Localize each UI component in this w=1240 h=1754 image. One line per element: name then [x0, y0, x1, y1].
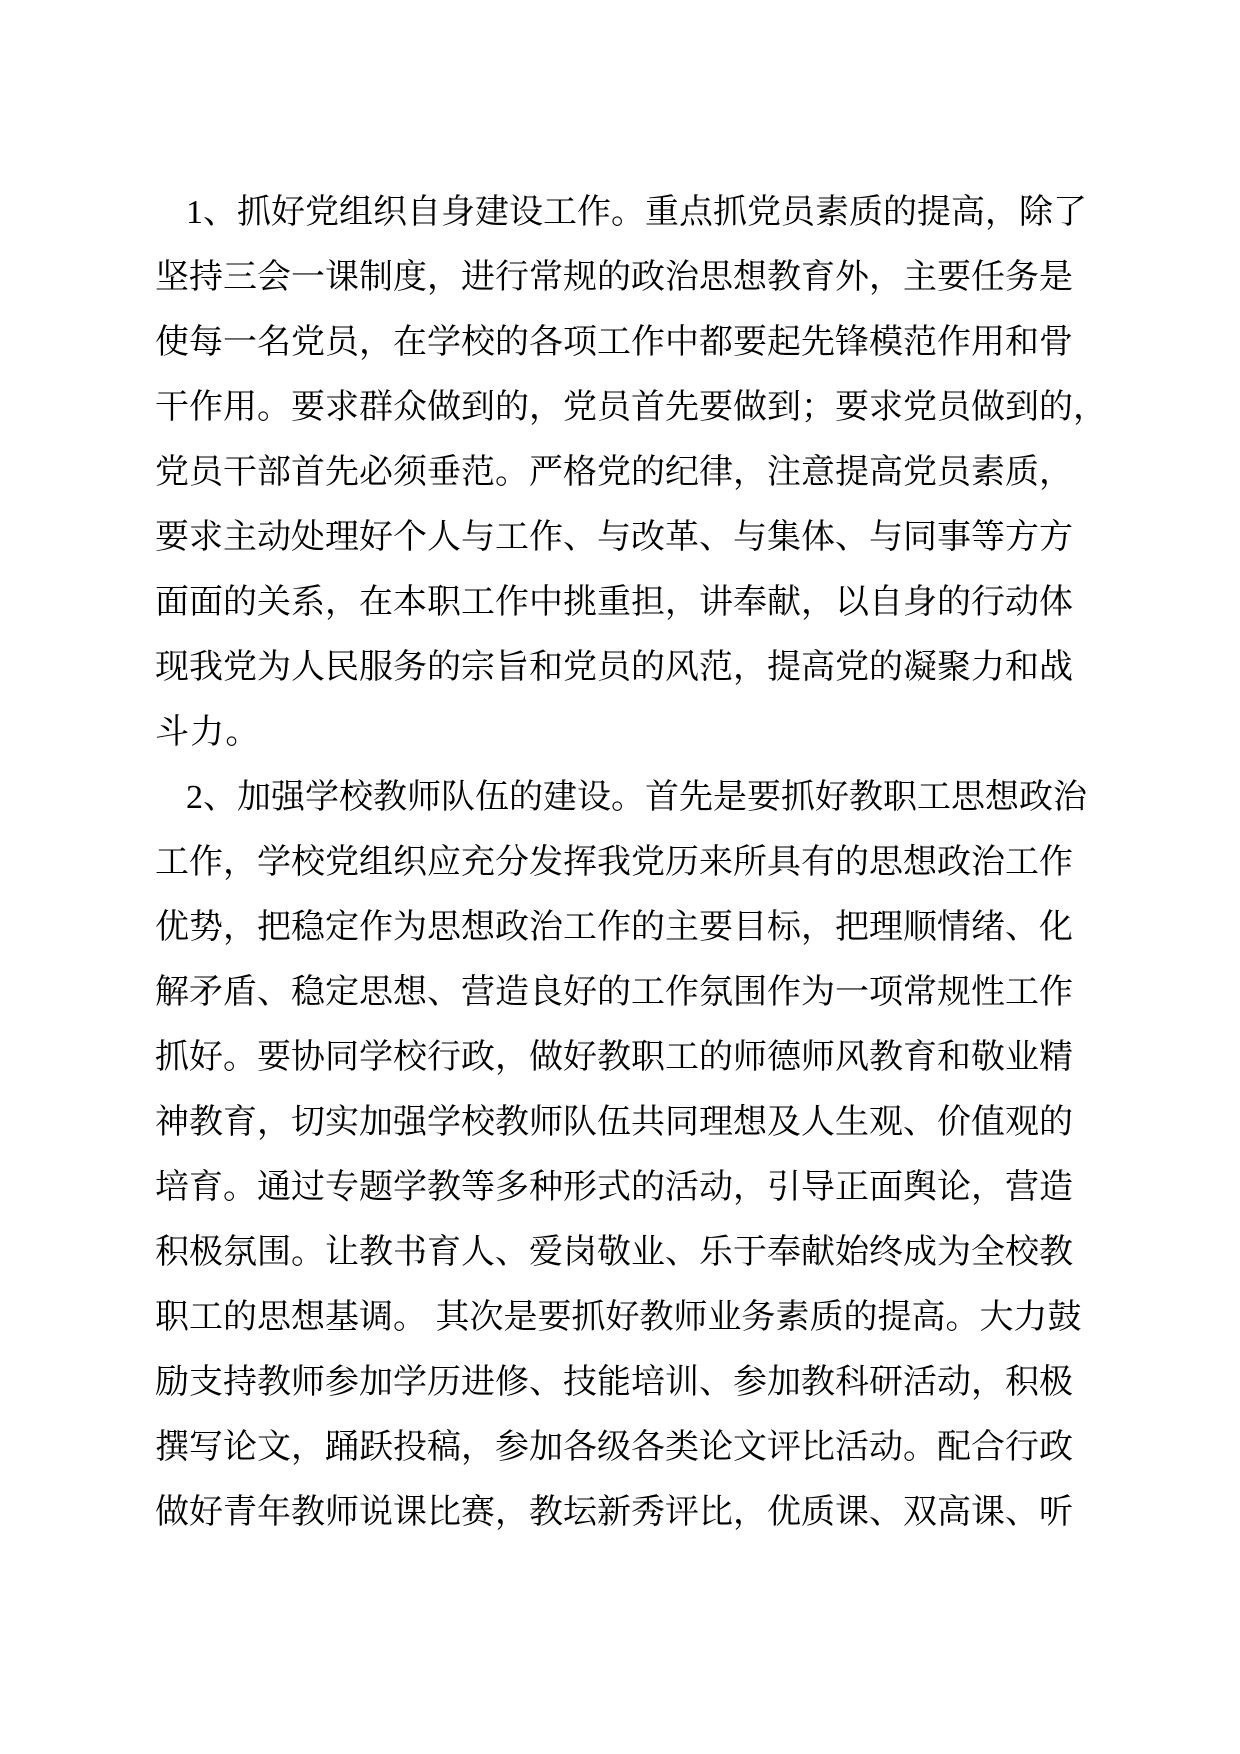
- text-character: 要: [291, 391, 325, 425]
- text-character: 参: [325, 1366, 359, 1400]
- text-character: 党: [325, 846, 359, 880]
- text-character: 科: [835, 1366, 869, 1400]
- text-character: 同: [903, 521, 937, 555]
- text-character: 定: [325, 911, 359, 945]
- text-character: ，: [971, 1171, 1005, 1205]
- text-character: 应: [427, 846, 461, 880]
- text-character: 课: [393, 1496, 427, 1530]
- text-character: 动: [1005, 586, 1039, 620]
- text-character: 教: [801, 1366, 835, 1400]
- text-character: 设: [509, 196, 543, 230]
- text-character: 须: [393, 456, 427, 490]
- text-line: 做好青年教师说课比赛，教坛新秀评比，优质课、双高课、听: [155, 1480, 1067, 1545]
- text-character: 活: [665, 1171, 699, 1205]
- text-character: 现: [155, 651, 189, 685]
- text-character: 神: [155, 1106, 189, 1140]
- text-character: 。: [393, 1301, 427, 1335]
- text-character: 舆: [903, 1171, 937, 1205]
- text-character: 党: [563, 651, 597, 685]
- text-character: 师: [325, 1496, 359, 1530]
- text-character: 持: [223, 1366, 257, 1400]
- text-character: 能: [597, 1366, 631, 1400]
- text-character: 作: [359, 911, 393, 945]
- text-character: 作: [767, 976, 801, 1010]
- text-character: 作: [665, 976, 699, 1010]
- text-character: 强: [393, 1106, 427, 1140]
- text-character: 来: [699, 846, 733, 880]
- text-character: 组: [339, 196, 373, 230]
- text-character: 校: [291, 846, 325, 880]
- text-character: 化: [1039, 911, 1073, 945]
- text-character: ，: [733, 1496, 767, 1530]
- text-character: 书: [393, 1236, 427, 1270]
- text-character: 的: [937, 586, 971, 620]
- text-character: 项: [563, 326, 597, 360]
- text-character: 围: [733, 976, 767, 1010]
- text-character: 势: [189, 911, 223, 945]
- text-character: 做: [155, 1496, 189, 1530]
- text-character: 抓: [237, 196, 271, 230]
- text-line: 解矛盾、稳定思想、营造良好的工作氛围作为一项常规性工作: [155, 960, 1067, 1025]
- text-character: 政: [631, 261, 665, 295]
- text-character: 作: [631, 326, 665, 360]
- text-character: 过: [291, 1171, 325, 1205]
- text-character: 教: [869, 1041, 903, 1075]
- text-character: 改: [631, 521, 665, 555]
- text-character: 分: [495, 846, 529, 880]
- text-line: 神教育，切实加强学校教师队伍共同理想及人生观、价值观的: [155, 1090, 1067, 1155]
- text-character: 度: [393, 261, 427, 295]
- text-character: 好: [189, 1496, 223, 1530]
- text-character: 终: [869, 1236, 903, 1270]
- text-character: 献: [801, 1236, 835, 1270]
- text-character: 、: [665, 1236, 699, 1270]
- text-character: 组: [359, 846, 393, 880]
- text-character: 始: [835, 1236, 869, 1270]
- text-character: 想: [733, 1106, 767, 1140]
- text-character: ，: [971, 1366, 1005, 1400]
- text-character: 双: [903, 1496, 937, 1530]
- text-character: 群: [359, 391, 393, 425]
- text-character: 质: [849, 196, 883, 230]
- text-character: 顺: [903, 911, 937, 945]
- text-character: 行: [495, 261, 529, 295]
- text-character: 氛: [699, 976, 733, 1010]
- text-character: 听: [1039, 1496, 1073, 1530]
- text-character: 的: [597, 261, 631, 295]
- text-character: 培: [631, 1366, 665, 1400]
- text-character: ，: [325, 586, 359, 620]
- text-character: 先: [665, 391, 699, 425]
- text-character: 与: [597, 521, 631, 555]
- text-character: 一: [291, 261, 325, 295]
- text-character: 有: [801, 846, 835, 880]
- text-character: 要: [257, 1041, 291, 1075]
- text-character: 求: [325, 391, 359, 425]
- text-character: 提: [767, 651, 801, 685]
- text-character: 挥: [563, 846, 597, 880]
- text-character: 质: [810, 1301, 844, 1335]
- text-character: 每: [189, 326, 223, 360]
- text-character: 作: [189, 391, 223, 425]
- text-character: 任: [971, 261, 1005, 295]
- text-character: 个: [393, 521, 427, 555]
- text-character: 参: [495, 1431, 529, 1465]
- text-line: 现我党为人民服务的宗旨和党员的风范，提高党的凝聚力和战: [155, 635, 1067, 700]
- text-character: 好: [606, 1301, 640, 1335]
- text-character: 的: [631, 456, 665, 490]
- text-character: 行: [427, 1041, 461, 1075]
- text-character: 好: [563, 976, 597, 1010]
- text-character: 到: [767, 391, 801, 425]
- text-character: 的: [835, 846, 869, 880]
- text-character: 比: [801, 1431, 835, 1465]
- text-character: 教: [1039, 1236, 1073, 1270]
- text-character: 加: [359, 1366, 393, 1400]
- text-character: 高: [937, 1496, 971, 1530]
- text-character: 抓: [572, 1301, 606, 1335]
- text-character: 抓: [713, 196, 747, 230]
- text-character: 凝: [903, 651, 937, 685]
- text-character: 调: [359, 1301, 393, 1335]
- text-character: 作: [937, 326, 971, 360]
- text-character: 务: [1005, 261, 1039, 295]
- text-character: 员: [781, 196, 815, 230]
- text-character: 极: [1039, 1366, 1073, 1400]
- text-character: 极: [189, 1236, 223, 1270]
- text-character: 织: [393, 846, 427, 880]
- text-character: 格: [563, 456, 597, 490]
- text-character: 课: [325, 261, 359, 295]
- text-character: 教: [767, 261, 801, 295]
- text-character: 锋: [835, 326, 869, 360]
- text-character: 首: [645, 781, 679, 815]
- text-character: 活: [903, 1366, 937, 1400]
- text-character: 治: [971, 846, 1005, 880]
- text-character: 及: [767, 1106, 801, 1140]
- text-character: 业: [1005, 1041, 1039, 1075]
- text-character: 引: [767, 1171, 801, 1205]
- text-character: 干: [155, 391, 189, 425]
- text-character: 、: [495, 1236, 529, 1270]
- text-character: 校: [339, 781, 373, 815]
- text-character: 工: [597, 326, 631, 360]
- document-body: 1、抓好党组织自身建设工作。重点抓党员素质的提高，除了坚持三会一课制度，进行常规…: [155, 180, 1067, 1545]
- text-character: 制: [359, 261, 393, 295]
- text-character: 。: [257, 391, 291, 425]
- text-character: 面: [189, 586, 223, 620]
- text-character: 党: [223, 651, 257, 685]
- text-character: 营: [1005, 1171, 1039, 1205]
- text-character: 起: [767, 326, 801, 360]
- text-character: 求: [189, 521, 223, 555]
- text-character: 素: [776, 1301, 810, 1335]
- text-character: 要: [835, 391, 869, 425]
- text-character: 、: [203, 781, 237, 815]
- text-character: 高: [951, 196, 985, 230]
- text-character: 作: [577, 196, 611, 230]
- text-character: 做: [529, 1041, 563, 1075]
- text-character: 等: [971, 521, 1005, 555]
- text-character: 、: [203, 196, 237, 230]
- text-character: 通: [257, 1171, 291, 1205]
- text-character: 要: [733, 326, 767, 360]
- text-character: 伍: [475, 781, 509, 815]
- text-character: 课: [971, 1496, 1005, 1530]
- text-character: 员: [597, 651, 631, 685]
- text-character: 作: [189, 846, 223, 880]
- text-character: 众: [393, 391, 427, 425]
- text-character: 教: [427, 1171, 461, 1205]
- text-character: 设: [577, 781, 611, 815]
- text-character: 要: [747, 781, 781, 815]
- text-character: 提: [917, 196, 951, 230]
- text-character: 稿: [427, 1431, 461, 1465]
- text-character: 校: [1005, 1236, 1039, 1270]
- text-character: 政: [461, 1041, 495, 1075]
- text-character: 使: [155, 326, 189, 360]
- text-character: 工: [563, 911, 597, 945]
- text-character: 党: [155, 456, 189, 490]
- text-character: 教: [849, 781, 883, 815]
- text-character: 常: [903, 976, 937, 1010]
- text-character: 、: [1005, 1496, 1039, 1530]
- text-character: 的: [883, 196, 917, 230]
- text-character: 建: [475, 196, 509, 230]
- text-character: 师: [529, 1106, 563, 1140]
- text-character: 情: [937, 911, 971, 945]
- text-character: 服: [359, 651, 393, 685]
- text-character: 、: [257, 976, 291, 1010]
- text-line: 优势，把稳定作为思想政治工作的主要目标，把理顺情绪、化: [155, 895, 1067, 960]
- text-character: 面: [869, 1171, 903, 1205]
- text-character: 加: [359, 1106, 393, 1140]
- text-character: 工: [631, 976, 665, 1010]
- text-character: 次: [470, 1301, 504, 1335]
- text-character: 学: [427, 326, 461, 360]
- text-character: 好: [563, 1041, 597, 1075]
- text-character: 除: [1019, 196, 1053, 230]
- text-line: 要求主动处理好个人与工作、与改革、与集体、与同事等方方: [155, 505, 1067, 570]
- text-line: 励支持教师参加学历进修、技能培训、参加教科研活动，积极: [155, 1350, 1067, 1415]
- text-character: 骨: [1039, 326, 1073, 360]
- text-character: 励: [155, 1366, 189, 1400]
- text-line: 斗力。: [155, 700, 1067, 765]
- text-character: 治: [665, 261, 699, 295]
- text-character: ，: [1039, 456, 1073, 490]
- text-character: 是: [504, 1301, 538, 1335]
- text-character: 党: [835, 651, 869, 685]
- text-character: ，: [869, 261, 903, 295]
- text-character: 力: [190, 716, 224, 750]
- text-character: 。: [223, 1041, 257, 1075]
- text-character: ，: [495, 1041, 529, 1075]
- text-character: 、: [699, 1366, 733, 1400]
- text-character: 革: [665, 521, 699, 555]
- text-character: 一: [223, 326, 257, 360]
- text-character: 提: [878, 1301, 912, 1335]
- text-character: 正: [835, 1171, 869, 1205]
- text-character: 抓: [781, 781, 815, 815]
- text-character: 理: [869, 911, 903, 945]
- text-character: 做: [733, 391, 767, 425]
- text-character: 教: [640, 1301, 674, 1335]
- text-character: 理: [699, 1106, 733, 1140]
- text-character: 价: [937, 1106, 971, 1140]
- text-character: 进: [461, 261, 495, 295]
- text-character: 要: [155, 521, 189, 555]
- text-character: 要: [538, 1301, 572, 1335]
- text-character: 撰: [155, 1431, 189, 1465]
- text-character: 要: [699, 391, 733, 425]
- text-character: 稳: [291, 976, 325, 1010]
- text-character: 在: [359, 586, 393, 620]
- text-line: 使每一名党员，在学校的各项工作中都要起先锋模范作用和骨: [155, 310, 1067, 375]
- text-character: 首: [631, 391, 665, 425]
- text-character: 以: [835, 586, 869, 620]
- text-character: 强: [271, 781, 305, 815]
- text-character: 观: [1005, 1106, 1039, 1140]
- text-character: 为: [801, 976, 835, 1010]
- text-character: 集: [767, 521, 801, 555]
- text-character: 于: [733, 1236, 767, 1270]
- text-character: 良: [529, 976, 563, 1010]
- text-character: 学: [257, 846, 291, 880]
- text-character: 一: [835, 976, 869, 1010]
- text-character: 伍: [597, 1106, 631, 1140]
- text-character: 理: [325, 521, 359, 555]
- text-character: 首: [291, 456, 325, 490]
- text-character: 青: [223, 1496, 257, 1530]
- text-character: 把: [257, 911, 291, 945]
- text-character: 踊: [325, 1431, 359, 1465]
- text-character: 范: [903, 326, 937, 360]
- text-character: 论: [223, 1431, 257, 1465]
- text-character: 各: [631, 1431, 665, 1465]
- text-character: 基: [325, 1301, 359, 1335]
- text-character: 会: [257, 261, 291, 295]
- text-character: 专: [325, 1171, 359, 1205]
- text-character: 员: [325, 326, 359, 360]
- text-character: 用: [223, 391, 257, 425]
- text-character: 员: [937, 456, 971, 490]
- text-character: 1: [186, 196, 203, 230]
- text-character: 同: [325, 1041, 359, 1075]
- text-character: 、: [529, 1366, 563, 1400]
- text-line: 培育。通过专题学教等多种形式的活动，引导正面舆论，营造: [155, 1155, 1067, 1220]
- text-character: 党: [563, 391, 597, 425]
- text-character: 观: [869, 1106, 903, 1140]
- text-character: 行: [971, 586, 1005, 620]
- text-character: 和: [937, 1041, 971, 1075]
- text-character: 身: [903, 586, 937, 620]
- text-character: 作: [495, 586, 529, 620]
- text-character: 矛: [189, 976, 223, 1010]
- text-character: 面: [155, 586, 189, 620]
- text-character: 乐: [699, 1236, 733, 1270]
- text-character: ，: [223, 911, 257, 945]
- text-character: 人: [291, 651, 325, 685]
- text-character: 好: [271, 196, 305, 230]
- text-character: 稳: [291, 911, 325, 945]
- text-character: 等: [461, 1171, 495, 1205]
- text-character: 。: [223, 1171, 257, 1205]
- text-character: 赛: [461, 1496, 495, 1530]
- text-character: 人: [427, 521, 461, 555]
- text-character: 实: [325, 1106, 359, 1140]
- text-character: 比: [427, 1496, 461, 1530]
- text-character: 体: [801, 521, 835, 555]
- text-character: 积: [1005, 1366, 1039, 1400]
- text-character: 切: [291, 1106, 325, 1140]
- text-character: 2: [186, 781, 203, 815]
- text-character: 坚: [155, 261, 189, 295]
- text-character: 论: [937, 1171, 971, 1205]
- text-character: ，: [985, 196, 1019, 230]
- text-character: [427, 1301, 436, 1335]
- text-character: 种: [529, 1171, 563, 1205]
- text-character: 作: [529, 521, 563, 555]
- text-character: 意: [801, 456, 835, 490]
- text-character: 让: [325, 1236, 359, 1270]
- text-character: 主: [903, 261, 937, 295]
- text-character: 校: [461, 326, 495, 360]
- text-character: 活: [835, 1431, 869, 1465]
- text-character: 规: [563, 261, 597, 295]
- text-character: 注: [767, 456, 801, 490]
- text-character: 党: [597, 456, 631, 490]
- text-character: 自: [407, 196, 441, 230]
- text-character: 主: [223, 521, 257, 555]
- text-character: 主: [665, 911, 699, 945]
- text-character: 导: [801, 1171, 835, 1205]
- text-character: 抓: [155, 1041, 189, 1075]
- text-character: 都: [699, 326, 733, 360]
- text-character: 人: [461, 1236, 495, 1270]
- text-character: 关: [257, 586, 291, 620]
- text-character: 加: [529, 1431, 563, 1465]
- text-character: 先: [801, 326, 835, 360]
- text-character: 中: [665, 326, 699, 360]
- text-character: 想: [393, 976, 427, 1010]
- text-character: 师: [674, 1301, 708, 1335]
- text-character: 好: [815, 781, 849, 815]
- text-character: 教: [291, 1496, 325, 1530]
- text-character: 中: [529, 586, 563, 620]
- text-character: 用: [971, 326, 1005, 360]
- text-character: 解: [155, 976, 189, 1010]
- text-character: 论: [699, 1431, 733, 1465]
- text-character: 工: [1005, 976, 1039, 1010]
- text-character: 、: [563, 521, 597, 555]
- text-character: 鼓: [1048, 1301, 1082, 1335]
- text-character: 教: [373, 781, 407, 815]
- text-character: 名: [257, 326, 291, 360]
- text-character: 、: [699, 521, 733, 555]
- text-character: 献: [767, 586, 801, 620]
- text-character: 为: [257, 651, 291, 685]
- text-character: 文: [733, 1431, 767, 1465]
- text-character: 各: [563, 1431, 597, 1465]
- text-character: 质: [1005, 456, 1039, 490]
- text-character: 高: [912, 1301, 946, 1335]
- text-character: 研: [869, 1366, 903, 1400]
- text-character: 所: [733, 846, 767, 880]
- text-character: 德: [767, 1041, 801, 1075]
- text-character: 的: [223, 586, 257, 620]
- text-character: 奉: [733, 586, 767, 620]
- text-character: 政: [937, 846, 971, 880]
